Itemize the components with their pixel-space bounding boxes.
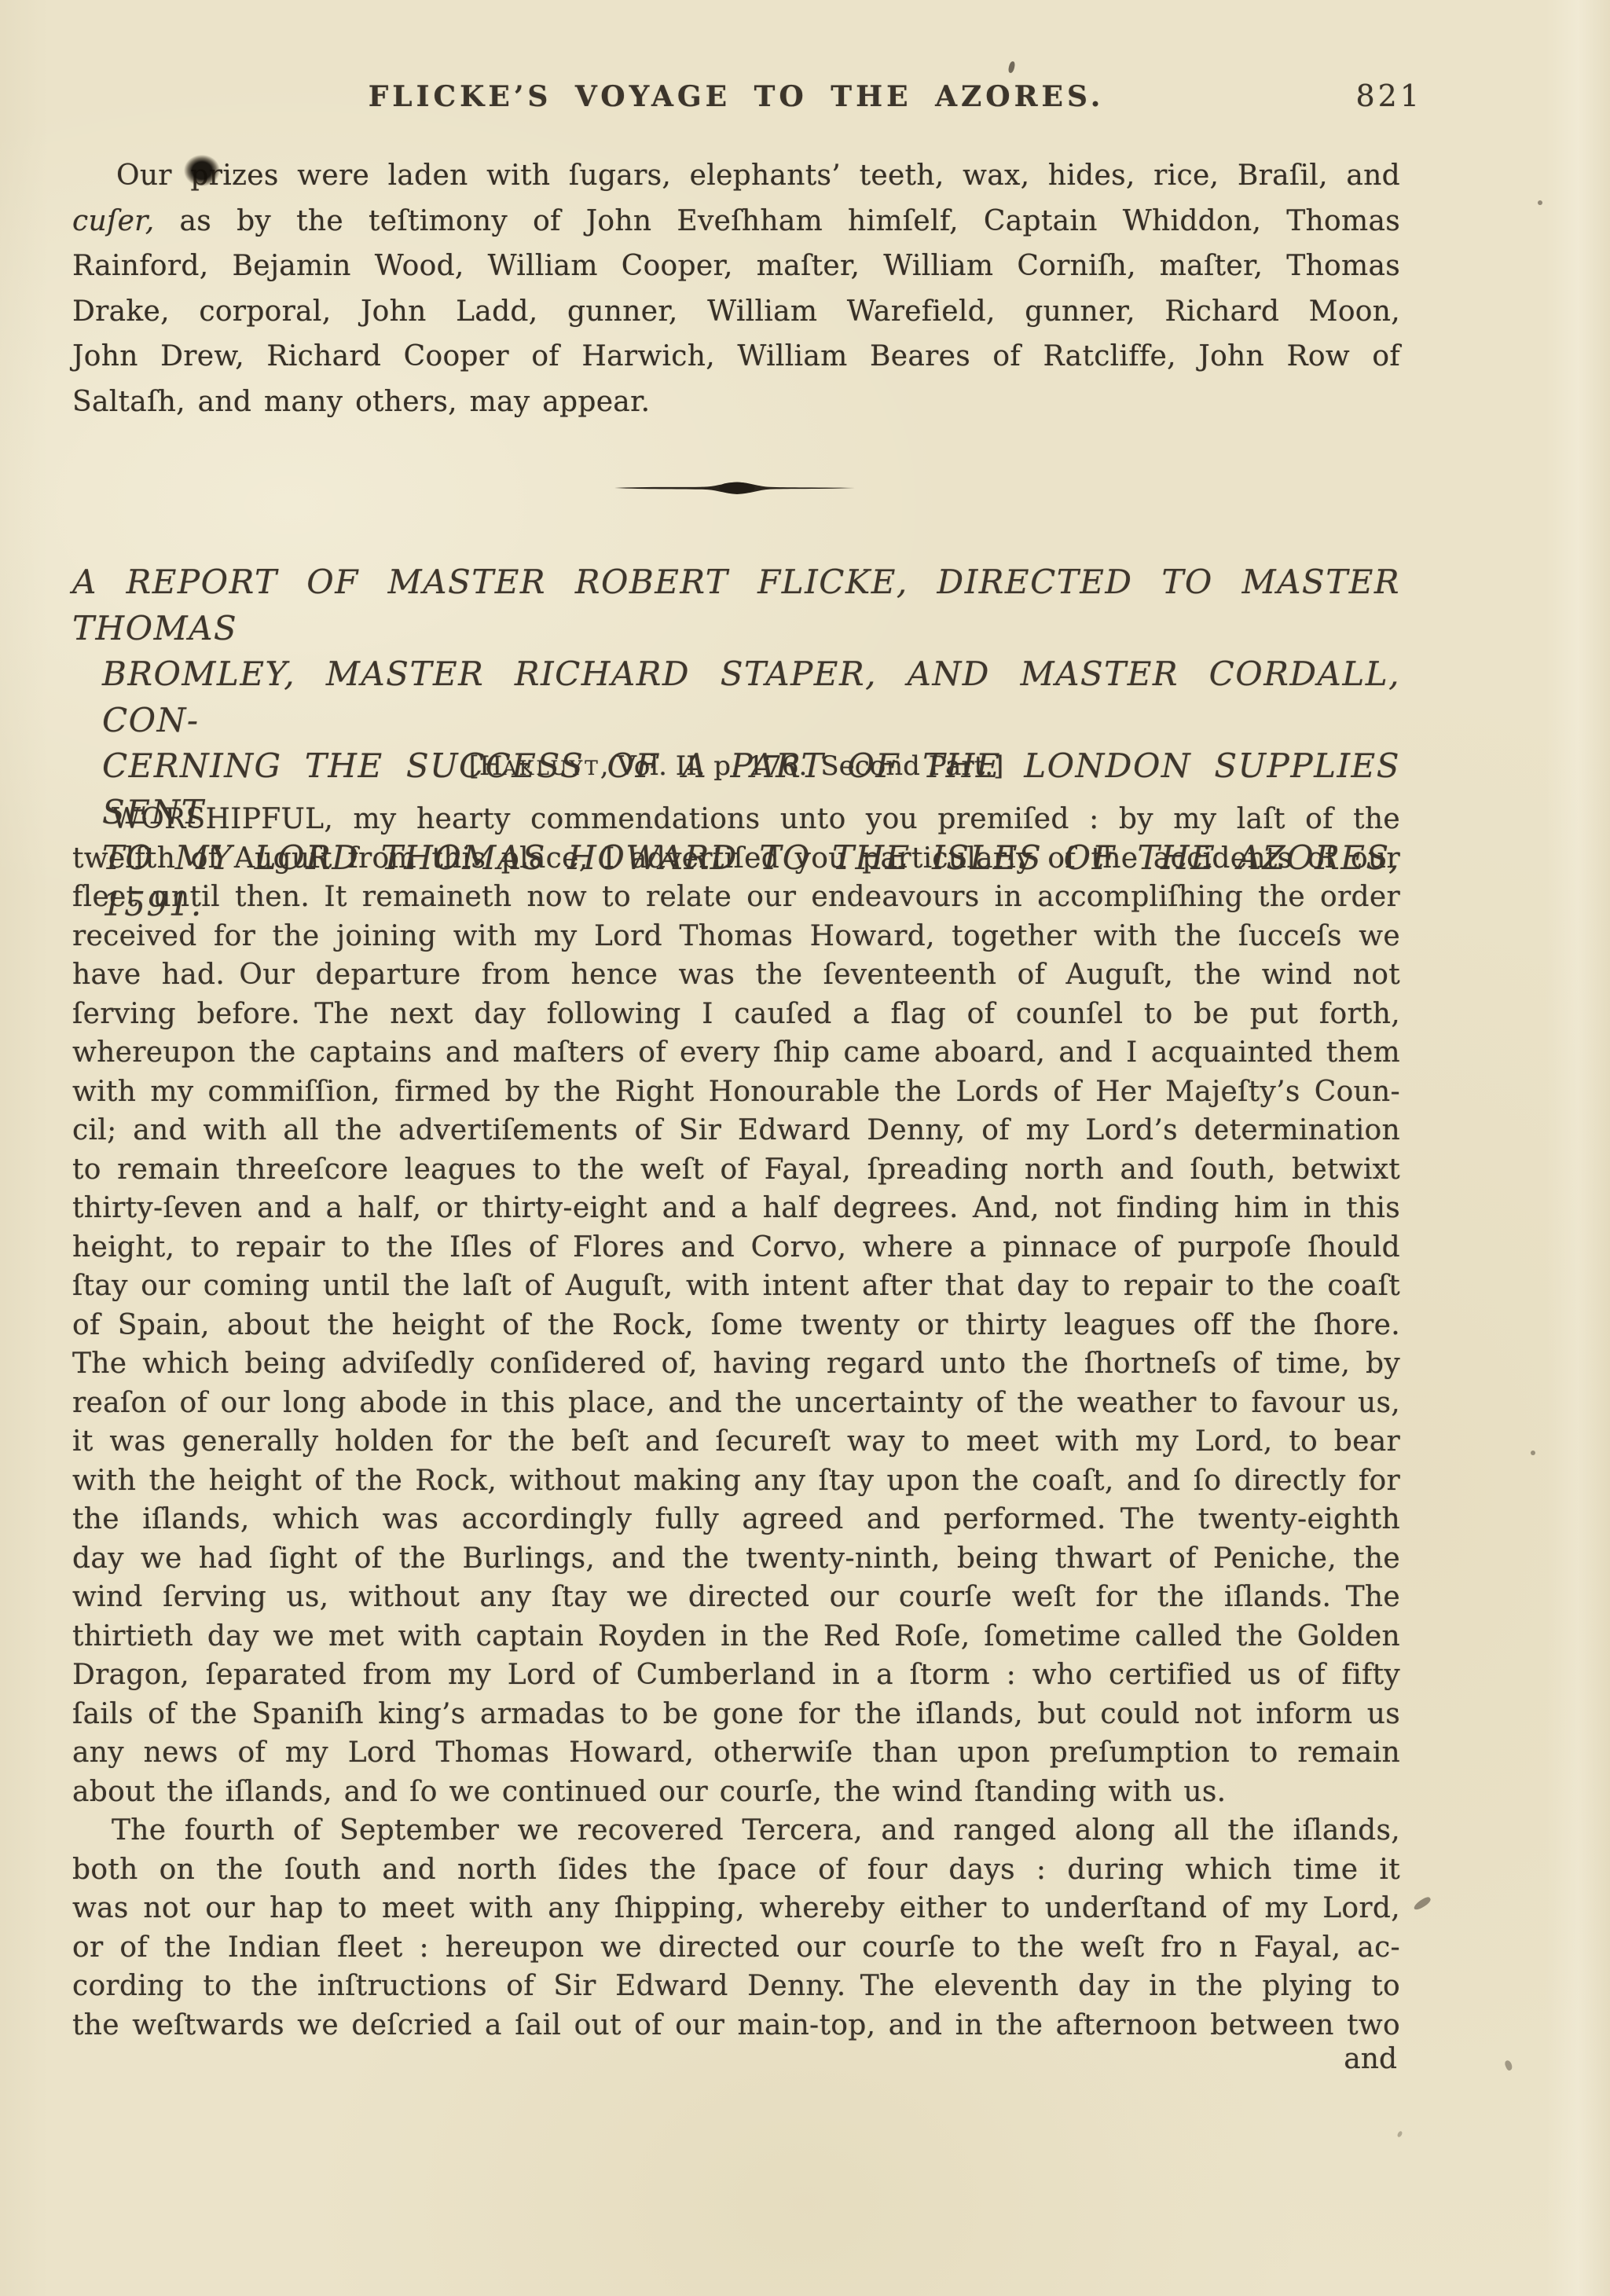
text-line: cuſer, as by the teſtimony of John Eveſh… xyxy=(72,199,1400,244)
text-line: to remain threeſcore leagues to the weſt… xyxy=(72,1150,1400,1190)
section-divider-ornament xyxy=(613,479,856,497)
catchword: and xyxy=(72,2043,1397,2075)
letter-body: WORSHIPFUL, my hearty commendations unto… xyxy=(72,800,1400,2045)
text-line: wind ſerving us, without any ſtay we dir… xyxy=(72,1578,1400,1617)
text-line: BROMLEY, MASTER RICHARD STAPER, AND MAST… xyxy=(72,651,1400,743)
text-line: with the height of the Rock, without mak… xyxy=(72,1462,1400,1501)
ink-speck xyxy=(1396,2130,1403,2137)
text-line: or of the Indian fleet : hereupon we dir… xyxy=(72,1928,1400,1968)
text-line: about the iſlands, and ſo we continued o… xyxy=(72,1773,1400,1812)
text-line: thirtieth day we met with captain Royden… xyxy=(72,1617,1400,1656)
ink-speck xyxy=(1538,200,1542,205)
letter-body-paragraph-1: WORSHIPFUL, my hearty commendations unto… xyxy=(72,800,1400,1811)
text-line: day we had ſight of the Burlings, and th… xyxy=(72,1539,1400,1579)
text-line: Saltaſh, and many others, may appear. xyxy=(72,380,1400,425)
text-line: cil; and with all the advertiſements of … xyxy=(72,1111,1400,1150)
page-number: 821 xyxy=(1355,79,1422,113)
text-line: ſerving before. The next day following I… xyxy=(72,995,1400,1034)
text-line: twelfth of Auguſt from this place, I adv… xyxy=(72,839,1400,878)
source-citation: [HAKLUYT, Vol. II. p. 176. Second Part.] xyxy=(72,750,1400,782)
text-line: whereupon the captains and maſters of ev… xyxy=(72,1033,1400,1073)
scanned-book-page: FLICKE’S VOYAGE TO THE AZORES. 821 Our p… xyxy=(0,0,1610,2296)
text-line: ſtay our coming until the laſt of Auguſt… xyxy=(72,1267,1400,1306)
text-line: any news of my Lord Thomas Howard, other… xyxy=(72,1733,1400,1773)
text-line: have had. Our departure from hence was t… xyxy=(72,955,1400,995)
running-title: FLICKE’S VOYAGE TO THE AZORES. xyxy=(72,80,1400,113)
text-line: A REPORT OF MASTER ROBERT FLICKE, DIRECT… xyxy=(72,559,1400,651)
text-line: thirty-ſeven and a half, or thirty-eight… xyxy=(72,1189,1400,1228)
text-line: height, to repair to the Iſles of Flores… xyxy=(72,1228,1400,1267)
text-line: of Spain, about the height of the Rock, … xyxy=(72,1306,1400,1345)
text-line: The which being adviſedly conſidered of,… xyxy=(72,1344,1400,1384)
text-line: reaſon of our long abode in this place, … xyxy=(72,1384,1400,1423)
text-line: The fourth of September we recovered Ter… xyxy=(72,1811,1400,1850)
letter-body-paragraph-2: The fourth of September we recovered Ter… xyxy=(72,1811,1400,2045)
opening-paragraph: Our prizes were laden with ſugars, eleph… xyxy=(72,153,1400,424)
text-line: it was generally holden for the beſt and… xyxy=(72,1422,1400,1462)
running-header: FLICKE’S VOYAGE TO THE AZORES. 821 xyxy=(72,79,1422,118)
ink-speck xyxy=(1007,61,1015,73)
ink-speck xyxy=(1531,1451,1535,1455)
text-line: Our prizes were laden with ſugars, eleph… xyxy=(72,153,1400,199)
text-line: John Drew, Richard Cooper of Harwich, Wi… xyxy=(72,334,1400,380)
text-line: Rainford, Bejamin Wood, William Cooper, … xyxy=(72,244,1400,289)
citation-text: [HAKLUYT, Vol. II. p. 176. Second Part.] xyxy=(469,750,1004,782)
text-line: the iſlands, which was accordingly fully… xyxy=(72,1500,1400,1539)
citation-author-smallcaps: AKLUYT xyxy=(503,757,600,779)
text-line: cording to the inſtructions of Sir Edwar… xyxy=(72,1967,1400,2006)
text-line: fleet until then. It remaineth now to re… xyxy=(72,878,1400,917)
text-line: received for the joining with my Lord Th… xyxy=(72,917,1400,956)
text-line: with my commiſſion, firmed by the Right … xyxy=(72,1073,1400,1112)
text-line: was not our hap to meet with any ſhippin… xyxy=(72,1889,1400,1928)
text-line: WORSHIPFUL, my hearty commendations unto… xyxy=(72,800,1400,839)
text-line: Drake, corporal, John Ladd, gunner, Will… xyxy=(72,289,1400,335)
text-line: Dragon, ſeparated from my Lord of Cumber… xyxy=(72,1656,1400,1695)
ink-blot: p xyxy=(190,160,208,192)
text-line: ſails of the Spaniſh king’s armadas to b… xyxy=(72,1695,1400,1734)
ink-speck xyxy=(1412,1895,1432,1911)
text-line: both on the ſouth and north ſides the ſp… xyxy=(72,1850,1400,1890)
ink-speck xyxy=(1504,2059,1514,2071)
text-line: the weſtwards we deſcried a ſail out of … xyxy=(72,2006,1400,2045)
